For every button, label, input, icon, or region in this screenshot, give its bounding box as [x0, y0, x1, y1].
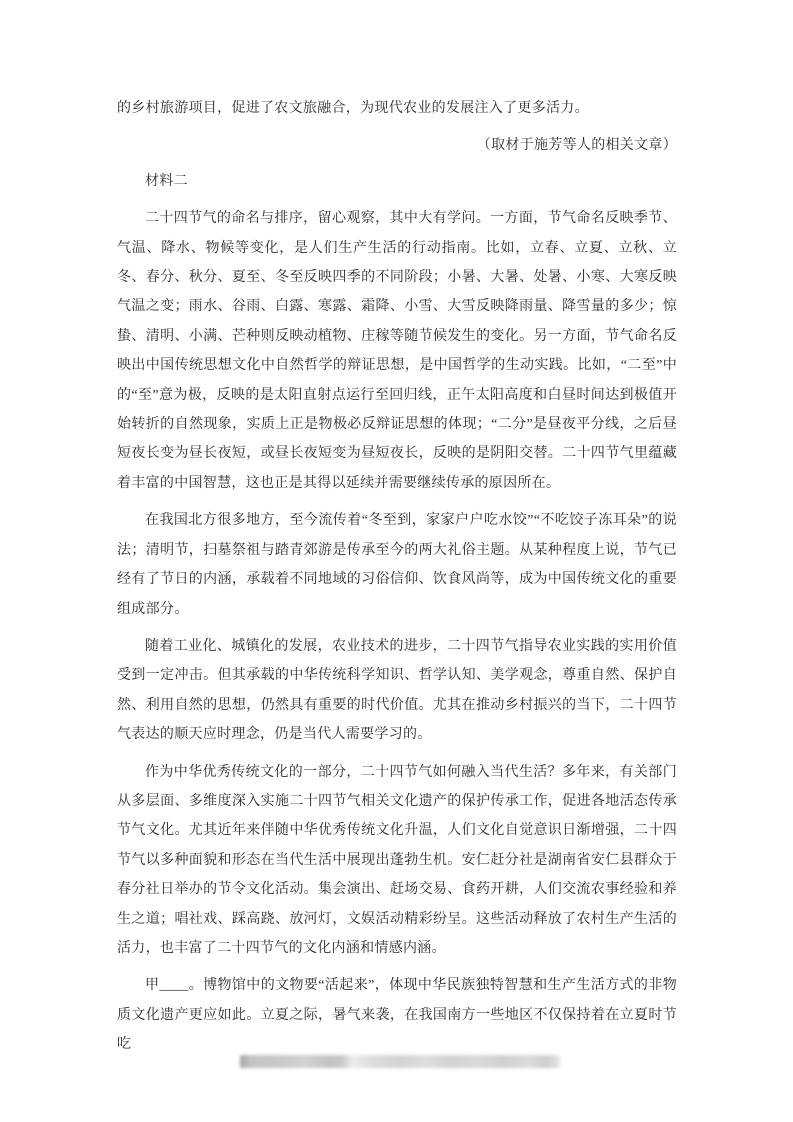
paragraph: 作为中华优秀传统文化的一部分，二十四节气如何融入当代生活？多年来，有关部门从多层…: [117, 758, 677, 964]
paragraph: 甲____。博物馆中的文物要“活起来”，体现中华民族独特智慧和生产生活方式的非物…: [117, 971, 677, 1059]
continuation-text: 的乡村旅游项目，促进了农文旅融合，为现代农业的发展注入了更多活力。: [117, 94, 677, 123]
paragraph: 二十四节气的命名与排序，留心观察，其中大有学问。一方面，节气命名反映季节、气温、…: [117, 204, 677, 498]
document-page: 的乡村旅游项目，促进了农文旅融合，为现代农业的发展注入了更多活力。（取材于施芳等…: [0, 0, 793, 1122]
source-attribution: （取材于施芳等人的相关文章）: [117, 131, 677, 160]
blurred-watermark-bar: [240, 1055, 560, 1068]
document-body: 的乡村旅游项目，促进了农文旅融合，为现代农业的发展注入了更多活力。（取材于施芳等…: [117, 94, 677, 1060]
paragraph: 在我国北方很多地方，至今流传着“冬至到，家家户户吃水饺”“不吃饺子冻耳朵”的说法…: [117, 506, 677, 624]
paragraph: 随着工业化、城镇化的发展，农业技术的进步，二十四节气指导农业实践的实用价值受到一…: [117, 632, 677, 750]
section-heading: 材料二: [117, 167, 677, 196]
